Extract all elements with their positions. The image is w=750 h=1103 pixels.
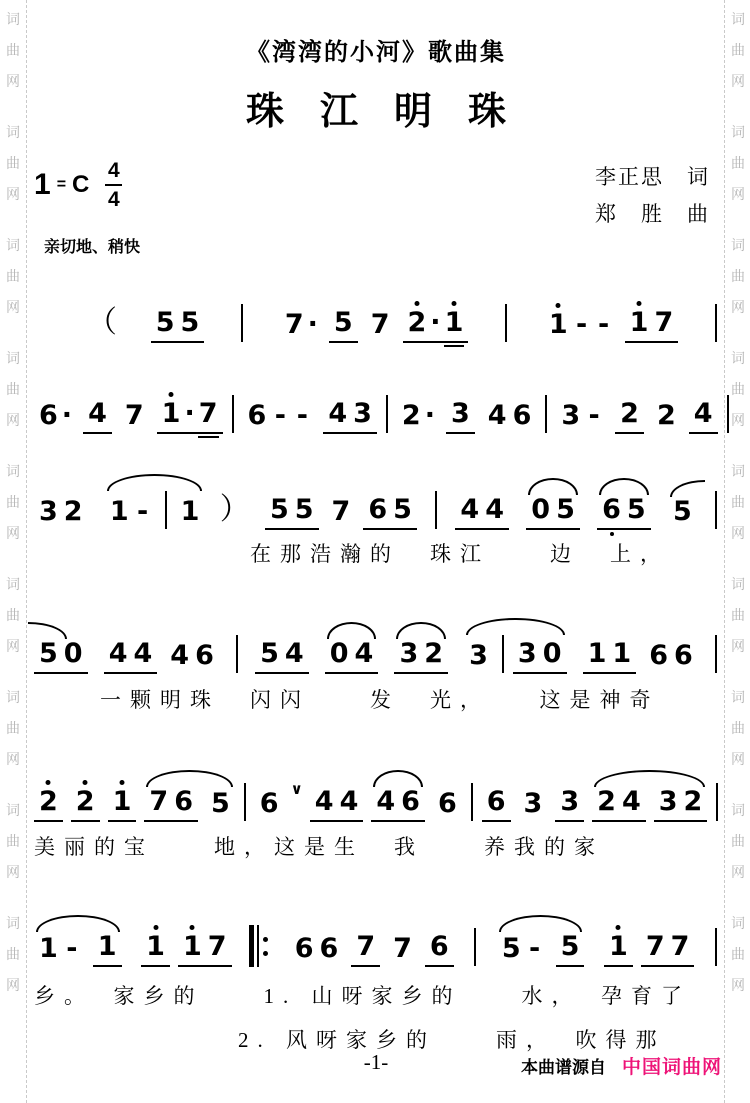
beam-group: 46 — [165, 641, 219, 674]
note-glyph: 3 — [399, 638, 418, 669]
note-glyph: 5 — [39, 638, 58, 669]
note-glyph: 4 — [328, 398, 347, 429]
beam-group: 54 — [255, 639, 309, 674]
lyrics-line-3: 在那浩瀚的 珠江 边 上， — [250, 538, 670, 568]
note: - — [294, 401, 310, 431]
note: 1 — [445, 308, 464, 338]
note-group: 55765 — [261, 495, 421, 530]
note-glyph: 4 — [485, 494, 504, 525]
beam-group: 24 — [592, 787, 646, 822]
music-line-2: 6·471·76--432·3463-224 — [30, 374, 722, 434]
watermark-char: 网 — [727, 744, 749, 775]
beam-group: 05 — [526, 495, 580, 530]
note: 1 — [183, 932, 202, 962]
watermark-char: 网 — [727, 179, 749, 210]
watermark-text: 词曲网 — [2, 4, 24, 97]
watermark-char: 曲 — [727, 261, 749, 292]
augmentation-dot: · — [430, 308, 440, 338]
note-glyph: 5 — [270, 494, 289, 525]
note: 6 — [368, 495, 387, 525]
note: 6 — [295, 934, 314, 964]
note-group — [710, 304, 722, 343]
note: - — [135, 497, 151, 527]
note-glyph: 7 — [654, 307, 673, 338]
watermark-char: 曲 — [727, 826, 749, 857]
beam-group: 3 — [555, 787, 584, 822]
note-glyph: - — [66, 933, 77, 964]
note-group — [500, 304, 512, 343]
note-glyph: 6 — [320, 933, 339, 964]
slur-group: 46 — [367, 767, 429, 822]
note: 6 — [487, 787, 506, 817]
watermark-char: 词 — [2, 117, 24, 148]
watermark-text: 词曲网 — [2, 456, 24, 549]
watermark-char: 曲 — [727, 35, 749, 66]
repeat-dot — [263, 937, 268, 942]
note-glyph: 2 — [408, 307, 427, 338]
watermark-text: 词曲网 — [727, 682, 749, 775]
watermark-char: 词 — [2, 569, 24, 600]
watermark-char: 词 — [2, 456, 24, 487]
note-glyph: 6 — [602, 494, 621, 525]
note-glyph: - — [598, 309, 609, 340]
note: 3 — [524, 789, 543, 819]
note-glyph: 2 — [64, 496, 83, 527]
beam-group: 55 — [265, 495, 319, 530]
note-glyph: · — [184, 398, 194, 429]
watermark-char: 曲 — [2, 600, 24, 631]
note: 0 — [64, 639, 83, 669]
note-glyph: · — [430, 307, 440, 338]
note-glyph: 1 — [113, 786, 132, 817]
note-glyph: 5 — [627, 494, 646, 525]
note-group: 221 — [30, 787, 140, 822]
barline — [545, 395, 547, 433]
note: 2 — [402, 401, 421, 431]
note-group — [710, 635, 722, 674]
note-group: ） — [218, 484, 252, 530]
note: 6 — [260, 789, 279, 819]
note-glyph: 5 — [393, 494, 412, 525]
note: 2 — [684, 787, 703, 817]
watermark-left: 词曲网词曲网词曲网词曲网词曲网词曲网词曲网词曲网词曲网 — [2, 4, 24, 1021]
beam-group: 17 — [625, 308, 679, 343]
slur-group: 04 — [321, 619, 383, 674]
watermark-text: 词曲网 — [727, 456, 749, 549]
beam-group: 44 — [104, 639, 158, 674]
music-line-3: 321-1）557654405655 — [30, 470, 722, 530]
note-group — [710, 491, 722, 530]
credits: 李正思 词 郑 胜 曲 — [595, 160, 710, 234]
note-glyph: 5 — [561, 931, 580, 962]
note: 7 — [125, 401, 144, 431]
watermark-text: 词曲网 — [727, 4, 749, 97]
watermark-char: 网 — [727, 66, 749, 97]
note-glyph: 5 — [181, 307, 200, 338]
lyricist-credit: 李正思 词 — [595, 160, 710, 197]
note-glyph: 5 — [295, 494, 314, 525]
note-glyph: 3 — [518, 638, 537, 669]
watermark-char: 网 — [2, 857, 24, 888]
note: 1 — [113, 787, 132, 817]
note: 2 — [76, 787, 95, 817]
watermark-char: 网 — [2, 66, 24, 97]
watermark-char: 词 — [2, 682, 24, 713]
beam-group: 17 — [178, 932, 232, 967]
note: 7 — [199, 399, 218, 429]
beam-group: 1 — [93, 932, 122, 967]
note: 6 — [401, 787, 420, 817]
note: 2 — [39, 787, 58, 817]
barline — [502, 635, 504, 673]
watermark-char: 词 — [2, 4, 24, 35]
note: 1 — [146, 932, 165, 962]
tempo-marking: 亲切地、稍快 — [44, 234, 140, 257]
watermark-char: 词 — [727, 230, 749, 261]
watermark-char: 曲 — [2, 374, 24, 405]
note: 4 — [285, 639, 304, 669]
note-glyph: 2 — [424, 638, 443, 669]
note: 4 — [485, 495, 504, 525]
slur-group: 5 — [664, 477, 701, 530]
note-glyph: 3 — [469, 640, 488, 671]
watermark-text: 词曲网 — [2, 795, 24, 888]
note-group: 177 — [600, 932, 698, 967]
beam-group: 30 — [513, 639, 567, 674]
watermark-char: 曲 — [727, 600, 749, 631]
note-glyph: 7 — [149, 786, 168, 817]
beam-group: 1 — [108, 787, 137, 822]
beam-group: 65 — [363, 495, 417, 530]
slur-group: 1-1 — [30, 912, 126, 967]
note: 0 — [543, 639, 562, 669]
barline — [386, 395, 388, 433]
watermark-char: 曲 — [2, 261, 24, 292]
note-glyph: 2 — [402, 400, 421, 431]
watermark-char: 网 — [2, 631, 24, 662]
note: 7 — [285, 310, 304, 340]
watermark-char: 网 — [727, 292, 749, 323]
note-glyph: - — [275, 400, 286, 431]
note-group — [239, 783, 251, 822]
note: 5 — [673, 497, 692, 527]
note-group: 7·572·1 — [276, 308, 473, 343]
note-glyph: 3 — [561, 400, 580, 431]
watermark-char: 词 — [727, 569, 749, 600]
note: 4 — [376, 787, 395, 817]
note-glyph: 6 — [295, 933, 314, 964]
watermark-char: 网 — [2, 292, 24, 323]
note: 1 — [162, 399, 181, 429]
watermark-text: 词曲网 — [727, 230, 749, 323]
note-glyph: 1 — [630, 307, 649, 338]
note-glyph: 5 — [673, 496, 692, 527]
note-glyph: 6 — [674, 640, 693, 671]
watermark-text: 词曲网 — [2, 230, 24, 323]
watermark-text: 词曲网 — [2, 343, 24, 436]
note: 7 — [208, 932, 227, 962]
beam-group: 11 — [583, 639, 637, 674]
note-glyph: 4 — [285, 638, 304, 669]
key-tonic: C — [72, 171, 89, 199]
note: 3 — [451, 399, 470, 429]
beam-group: 2 — [652, 401, 681, 434]
watermark-text: 词曲网 — [2, 682, 24, 775]
beam-group: 32 — [394, 639, 448, 674]
beam-group: 44 — [310, 787, 364, 822]
note: 1 — [181, 497, 200, 527]
slur-group: 05 — [522, 475, 584, 530]
note: 1 — [588, 639, 607, 669]
barline — [715, 304, 717, 342]
watermark-text: 词曲网 — [2, 569, 24, 662]
beam-group: 1- — [105, 497, 156, 530]
beam-group: 44 — [455, 495, 509, 530]
note-glyph: 4 — [488, 400, 507, 431]
slur-group: 330 — [460, 615, 570, 674]
note-glyph: 7 — [371, 309, 390, 340]
note-group: 6∨44 — [251, 780, 368, 822]
note-glyph: 1 — [39, 933, 58, 964]
note: 5 — [556, 495, 575, 525]
note-glyph: 6 — [39, 400, 58, 431]
note-glyph: 1 — [181, 496, 200, 527]
note-glyph: 1 — [609, 931, 628, 962]
note-glyph: 4 — [694, 398, 713, 429]
note: 4 — [170, 641, 189, 671]
note-glyph: · — [62, 400, 72, 431]
note-glyph: 4 — [170, 640, 189, 671]
note: 1 — [609, 932, 628, 962]
note: 5 — [627, 495, 646, 525]
beam-group: 6 — [433, 789, 462, 822]
lyrics-line-6-verse-1: 乡。 家乡的 1. 山呀家乡的 水， 孕育了 — [34, 980, 691, 1010]
beam-group: 7 — [120, 401, 149, 434]
watermark-char: 曲 — [2, 487, 24, 518]
note-glyph: 6 — [487, 786, 506, 817]
note-glyph: - — [576, 309, 587, 340]
beam-group: 32 — [34, 497, 88, 530]
note-glyph: 6 — [401, 786, 420, 817]
barline — [435, 491, 437, 529]
beam-group: 04 — [325, 639, 379, 674]
note: - — [64, 934, 80, 964]
barline — [236, 635, 238, 673]
watermark-char: 曲 — [2, 148, 24, 179]
beam-group: 77 — [641, 932, 695, 967]
note: 4 — [133, 639, 152, 669]
note: 7 — [149, 787, 168, 817]
note: 2 — [657, 401, 676, 431]
source-attribution: 本曲谱源自 中国词曲网 — [521, 1052, 722, 1079]
watermark-text: 词曲网 — [2, 908, 24, 1001]
note: 1 — [39, 934, 58, 964]
beam-group: 6 — [482, 787, 511, 822]
note: 5 — [260, 639, 279, 669]
note-glyph: · — [308, 309, 318, 340]
note: 6 — [430, 932, 449, 962]
note: 2 — [620, 399, 639, 429]
note-glyph: 3 — [39, 496, 58, 527]
footer: -1- 本曲谱源自 中国词曲网 — [30, 1050, 722, 1084]
beam-group: 1 — [604, 932, 633, 967]
note-glyph: 1 — [588, 638, 607, 669]
note-group: 6--43 — [239, 399, 381, 434]
note-glyph: 7 — [671, 931, 690, 962]
note: 3 — [353, 399, 372, 429]
barline — [232, 395, 234, 433]
barline — [474, 928, 476, 966]
note: 7 — [356, 932, 375, 962]
note-glyph: 4 — [376, 786, 395, 817]
note-glyph: - — [297, 400, 308, 431]
watermark-right: 词曲网词曲网词曲网词曲网词曲网词曲网词曲网词曲网词曲网 — [727, 4, 749, 1021]
barline — [471, 783, 473, 821]
note: 5 — [211, 789, 230, 819]
key-equals: = — [57, 176, 66, 194]
note: 6 — [602, 495, 621, 525]
note: 4 — [328, 399, 347, 429]
note-group: 6·471·7 — [30, 399, 227, 434]
beam-group: 2 — [615, 399, 644, 434]
beam-group: 6-- — [243, 401, 316, 434]
note-glyph: 6 — [260, 788, 279, 819]
note: 7 — [646, 932, 665, 962]
note-group — [722, 395, 734, 434]
note: 5 — [181, 308, 200, 338]
watermark-char: 词 — [727, 117, 749, 148]
watermark-char: 网 — [727, 970, 749, 1001]
note: 5 — [39, 639, 58, 669]
note-glyph: 5 — [260, 638, 279, 669]
note-glyph: 1 — [146, 931, 165, 962]
note: 2 — [408, 308, 427, 338]
barline — [165, 491, 167, 529]
note: 4 — [88, 399, 107, 429]
note-glyph: - — [589, 400, 600, 431]
note-glyph: 7 — [646, 931, 665, 962]
slur-group: 5-5 — [493, 912, 589, 967]
watermark-char: 曲 — [727, 148, 749, 179]
note-glyph: 1 — [549, 309, 568, 340]
source-site-link[interactable]: 中国词曲网 — [622, 1052, 722, 1079]
beam-group: 66 — [644, 641, 698, 674]
beam-group: 50 — [34, 639, 88, 674]
note-group: 66776 — [286, 932, 458, 967]
note-glyph: 4 — [460, 494, 479, 525]
beam-group: 7· — [280, 310, 321, 343]
beam-group: 43 — [323, 399, 377, 434]
note-glyph: 5 — [556, 494, 575, 525]
barline — [244, 783, 246, 821]
note-group — [247, 925, 274, 967]
note-group — [710, 928, 722, 967]
note-group: 32 — [30, 497, 92, 530]
note-glyph: 4 — [340, 786, 359, 817]
note-glyph: 1 — [98, 931, 117, 962]
beam-group: 2·1 — [403, 308, 469, 343]
watermark-char: 词 — [2, 908, 24, 939]
beam-group: 66 — [290, 934, 344, 967]
note-glyph: 7 — [332, 496, 351, 527]
beam-group: 6 — [255, 789, 284, 822]
note-group — [236, 304, 248, 343]
beam-group: 1- — [34, 934, 85, 967]
music-line-6: 1-1117667765-5177 — [30, 907, 722, 967]
breath-mark: ∨ — [291, 780, 303, 798]
note: 5 — [270, 495, 289, 525]
note-group — [430, 491, 442, 530]
note-glyph: 0 — [543, 638, 562, 669]
note-glyph: 7 — [199, 398, 218, 429]
intro-paren-close: ） — [220, 484, 250, 528]
note: 5 — [502, 934, 521, 964]
series-title: 《湾湾的小河》歌曲集 — [30, 32, 722, 67]
note: 3 — [560, 787, 579, 817]
note-glyph: 3 — [353, 398, 372, 429]
note: 6 — [174, 787, 193, 817]
note: 4 — [355, 639, 374, 669]
barline — [716, 783, 718, 821]
repeat-dot — [263, 951, 268, 956]
note: 6 — [320, 934, 339, 964]
watermark-char: 网 — [2, 179, 24, 210]
note-glyph: - — [529, 933, 540, 964]
beam-group: 32 — [654, 787, 708, 822]
watermark-text: 词曲网 — [727, 795, 749, 888]
watermark-char: 词 — [727, 4, 749, 35]
note-group: 55 — [147, 308, 209, 343]
barline — [241, 304, 243, 342]
slur-group: 765 — [140, 767, 238, 822]
beam-group: 3- — [556, 401, 607, 434]
time-signature-bottom: 4 — [108, 189, 120, 210]
watermark-char: 曲 — [2, 826, 24, 857]
beam-group: 2 — [71, 787, 100, 822]
note: - — [272, 401, 288, 431]
time-signature-top: 4 — [108, 160, 120, 181]
barline — [715, 491, 717, 529]
augmentation-dot: · — [425, 401, 435, 431]
note-group — [227, 395, 239, 434]
repeat-dots — [263, 937, 268, 956]
note: 2 — [597, 787, 616, 817]
note-glyph: 2 — [76, 786, 95, 817]
note: 3 — [469, 641, 488, 671]
note-glyph: 5 — [211, 788, 230, 819]
note-group: 4446 — [100, 639, 223, 674]
note: - — [586, 401, 602, 431]
note-glyph: 6 — [368, 494, 387, 525]
watermark-char: 网 — [2, 744, 24, 775]
note-glyph: 5 — [502, 933, 521, 964]
note-glyph: 6 — [195, 640, 214, 671]
note: 5 — [393, 495, 412, 525]
note: 4 — [109, 639, 128, 669]
barline — [727, 395, 729, 433]
slur-group: 32 — [390, 619, 452, 674]
augmentation-dot: · — [308, 310, 318, 340]
note: 3 — [399, 639, 418, 669]
note: 2 — [424, 639, 443, 669]
watermark-char: 词 — [2, 230, 24, 261]
note: 2 — [64, 497, 83, 527]
note-glyph: 0 — [64, 638, 83, 669]
lyrics-line-4: 一颗明珠 闪闪 发 光， 这是神奇 — [100, 684, 660, 714]
beam-group: 5 — [668, 497, 697, 530]
watermark-text: 词曲网 — [727, 117, 749, 210]
note: 6 — [39, 401, 58, 431]
